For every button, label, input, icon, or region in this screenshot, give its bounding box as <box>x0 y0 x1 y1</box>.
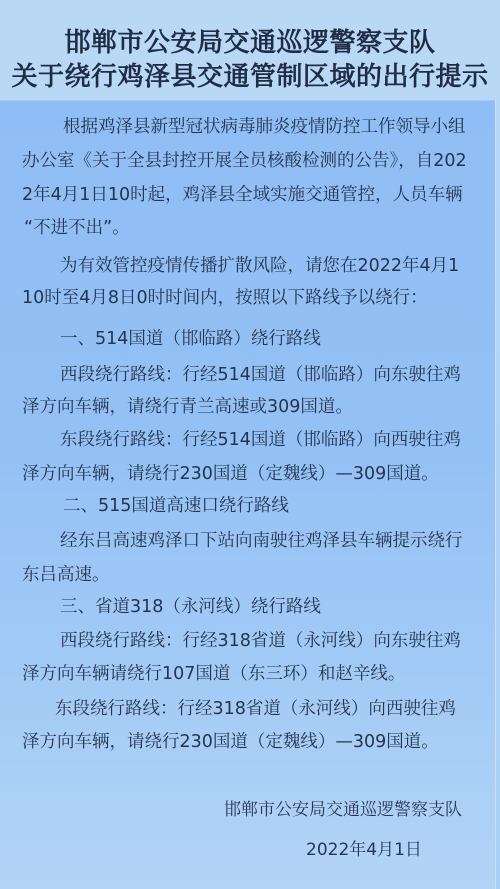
title-line-1: 邯郸市公安局交通巡逻警察支队 <box>0 22 500 59</box>
body-line: 2年4月1日10时起，鸡泽县全域实施交通管控，人员车辆 <box>22 184 463 206</box>
section-heading-3: 三、省道318（永河线）绕行路线 <box>60 596 321 618</box>
body-line: 东段绕行路线：行经514国道（邯临路）向西驶往鸡 <box>60 429 461 451</box>
section-heading-2: 二、515国道高速口绕行路线 <box>63 495 289 517</box>
body-line: 办公室《关于全县封控开展全员核酸检测的公告》，自202 <box>22 150 467 172</box>
body-line: 泽方向车辆，请绕行230国道（定魏线）—309国道。 <box>22 463 439 485</box>
body-line: 西段绕行路线：行经318省道（永河线）向东驶往鸡 <box>60 630 461 652</box>
body-line: 西段绕行路线：行经514国道（邯临路）向东驶往鸡 <box>60 364 461 386</box>
header-band: 邯郸市公安局交通巡逻警察支队 关于绕行鸡泽县交通管制区域的出行提示 <box>0 0 500 100</box>
issue-date: 2022年4月1日 <box>306 835 422 860</box>
body-line: 为有效管控疫情传播扩散风险，请您在2022年4月1 <box>60 255 459 277</box>
body-line: 东段绕行路线：行经318省道（永河线）向西驶往鸡 <box>55 698 456 720</box>
body-line: 泽方向车辆请绕行107国道（东三环）和赵辛线。 <box>22 663 405 685</box>
body-line: 东吕高速。 <box>22 564 110 586</box>
body-line: 经东吕高速鸡泽口下站向南驶往鸡泽县车辆提示绕行 <box>60 530 463 552</box>
body-line: “不进不出”。 <box>24 217 130 239</box>
title-line-2: 关于绕行鸡泽县交通管制区域的出行提示 <box>0 56 500 93</box>
section-heading-1: 一、514国道（邯临路）绕行路线 <box>60 328 321 350</box>
body-line: 根据鸡泽县新型冠状病毒肺炎疫情防控工作领导小组 <box>63 116 466 138</box>
issuer-signature: 邯郸市公安局交通巡逻警察支队 <box>224 795 462 820</box>
body-line: 泽方向车辆，请绕行230国道（定魏线）—309国道。 <box>22 731 439 753</box>
body-line: 泽方向车辆，请绕行青兰高速或309国道。 <box>22 396 353 418</box>
body-line: 10时至4月8日0时时间内，按照以下路线予以绕行： <box>22 287 428 309</box>
